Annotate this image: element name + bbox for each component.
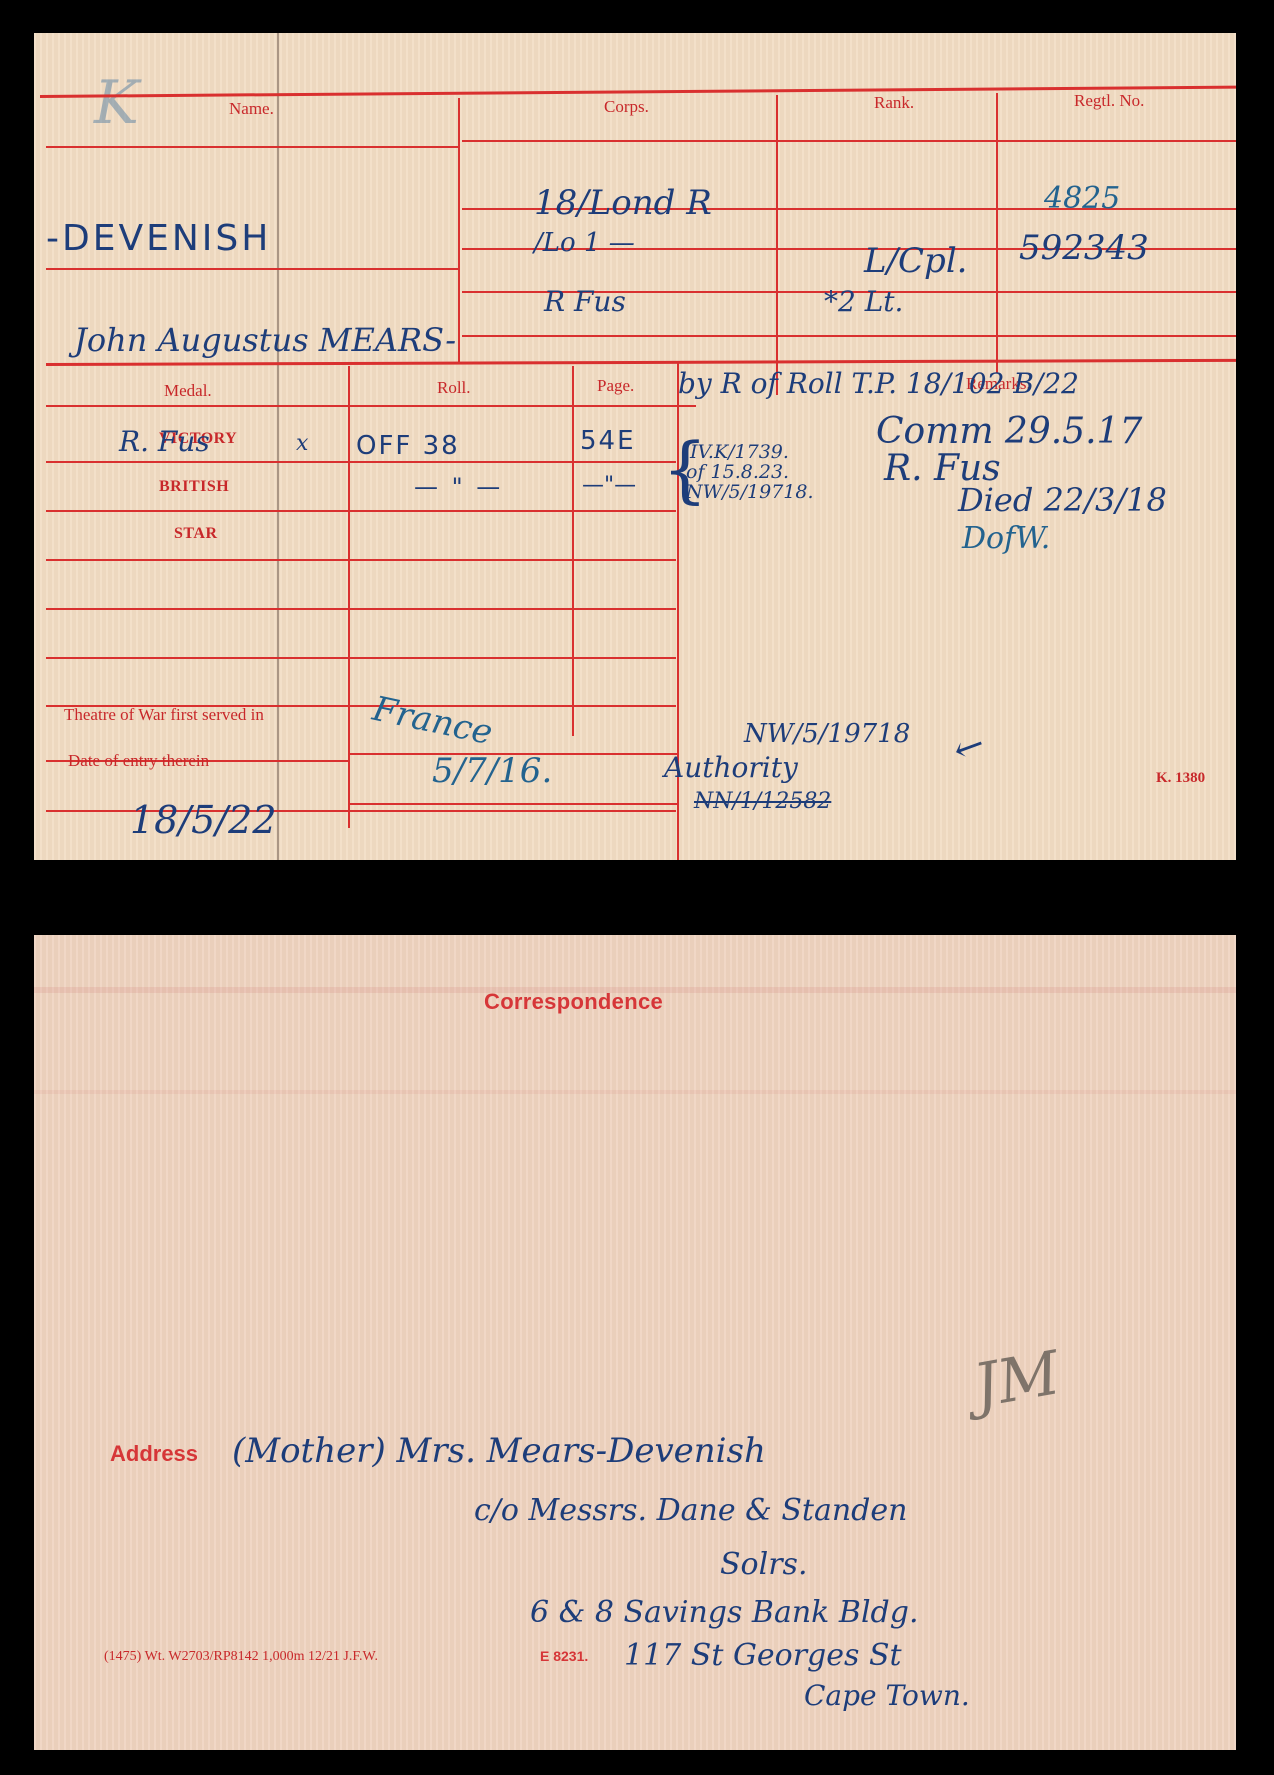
regtl-no-1: 4825 — [1044, 181, 1120, 216]
medal-index-card-back: Correspondence Address (Mother) Mrs. Mea… — [34, 935, 1236, 1750]
rank-entry-2: *2 Lt. — [824, 285, 903, 318]
rule — [46, 657, 676, 659]
col-divider — [996, 93, 998, 373]
date-entry-label: Date of entry therein — [68, 751, 209, 771]
medal-index-card-front: K Name. Corps. Rank. Regtl. No. -DEVENIS… — [34, 33, 1236, 860]
printer-line: (1475) Wt. W2703/RP8142 1,000m 12/21 J.F… — [104, 1649, 378, 1665]
rule — [462, 140, 1236, 142]
rule — [46, 608, 676, 610]
address-label: Address — [110, 1441, 198, 1467]
rank-header: Rank. — [874, 93, 914, 113]
rule — [462, 335, 1236, 337]
medal-header: Medal. — [164, 381, 212, 401]
victory-roll: OFF 38 — [356, 431, 460, 461]
rank-entry-1: L/Cpl. — [864, 241, 968, 281]
address-line-4: 6 & 8 Savings Bank Bldg. — [530, 1595, 918, 1630]
rule-medal-top — [46, 359, 1236, 366]
faint-rule — [34, 1090, 1236, 1094]
arrow-left-icon: ← — [948, 723, 990, 772]
surname: -DEVENISH — [46, 218, 271, 259]
name-header: Name. — [229, 99, 274, 119]
bottom-note-ref: NW/5/19718 — [744, 719, 910, 749]
remarks-brace-line-2: of 15.8.23. — [686, 461, 789, 483]
corps-header: Corps. — [604, 97, 649, 117]
british-roll: — " — — [414, 473, 503, 501]
rule — [46, 510, 676, 512]
remarks-header-note: by R of Roll T.P. 18/102 B/22 — [678, 367, 1079, 400]
corps-entry-2: /Lo 1 — — [534, 228, 635, 258]
col-divider — [776, 95, 778, 395]
page-header: Page. — [597, 376, 634, 396]
corps-entry-1: 18/Lond R — [534, 183, 712, 223]
rule — [46, 461, 676, 463]
fold-crease — [277, 33, 279, 860]
col-divider — [458, 98, 460, 363]
rule — [348, 803, 678, 805]
bottom-note-text: Authority — [664, 751, 798, 784]
bottom-struck-ref: NN/1/12582 — [694, 789, 831, 814]
victory-page: 54E — [580, 426, 636, 456]
bottom-date: 18/5/22 — [130, 798, 277, 842]
address-line-5: 117 St Georges St — [624, 1638, 902, 1673]
forenames: John Augustus MEARS- — [74, 321, 456, 359]
remarks-brace-line-3: NW/5/19718. — [686, 481, 814, 503]
rule — [46, 268, 458, 270]
correspondence-heading: Correspondence — [484, 989, 663, 1015]
col-divider — [348, 366, 350, 828]
victory-annotation: R. Fus — [119, 425, 210, 458]
remarks-brace-line-1: IV.K/1739. — [690, 441, 789, 463]
theatre-label: Theatre of War first served in — [64, 705, 264, 725]
address-line-2: c/o Messrs. Dane & Standen — [474, 1493, 907, 1528]
rule — [46, 405, 696, 407]
form-code: K. 1380 — [1156, 770, 1205, 787]
address-line-1: (Mother) Mrs. Mears-Devenish — [232, 1431, 766, 1471]
printer-code: E 8231. — [540, 1648, 588, 1664]
rule — [46, 559, 676, 561]
regtl-no-2: 592343 — [1019, 228, 1149, 268]
medal-label-star: STAR — [174, 525, 218, 543]
regtl-no-header: Regtl. No. — [1074, 91, 1144, 111]
address-line-3: Solrs. — [720, 1547, 807, 1582]
corps-entry-3: R Fus — [544, 285, 626, 318]
date-entry-value: 5/7/16. — [432, 751, 552, 791]
remarks-line-3: Died 22/3/18 — [958, 481, 1167, 519]
british-page: —"— — [582, 473, 636, 498]
remarks-line-1: Comm 29.5.17 — [876, 411, 1142, 452]
theatre-value: France — [369, 689, 496, 753]
col-divider — [572, 366, 574, 736]
remarks-line-4: DofW. — [962, 521, 1050, 556]
medal-label-british: BRITISH — [159, 478, 229, 496]
roll-header: Roll. — [437, 378, 471, 398]
pencil-initials: JM — [969, 1338, 1065, 1422]
victory-mark: x — [296, 431, 308, 456]
pencil-mark: K — [94, 68, 139, 138]
rule — [46, 146, 458, 148]
address-line-6: Cape Town. — [804, 1679, 970, 1712]
